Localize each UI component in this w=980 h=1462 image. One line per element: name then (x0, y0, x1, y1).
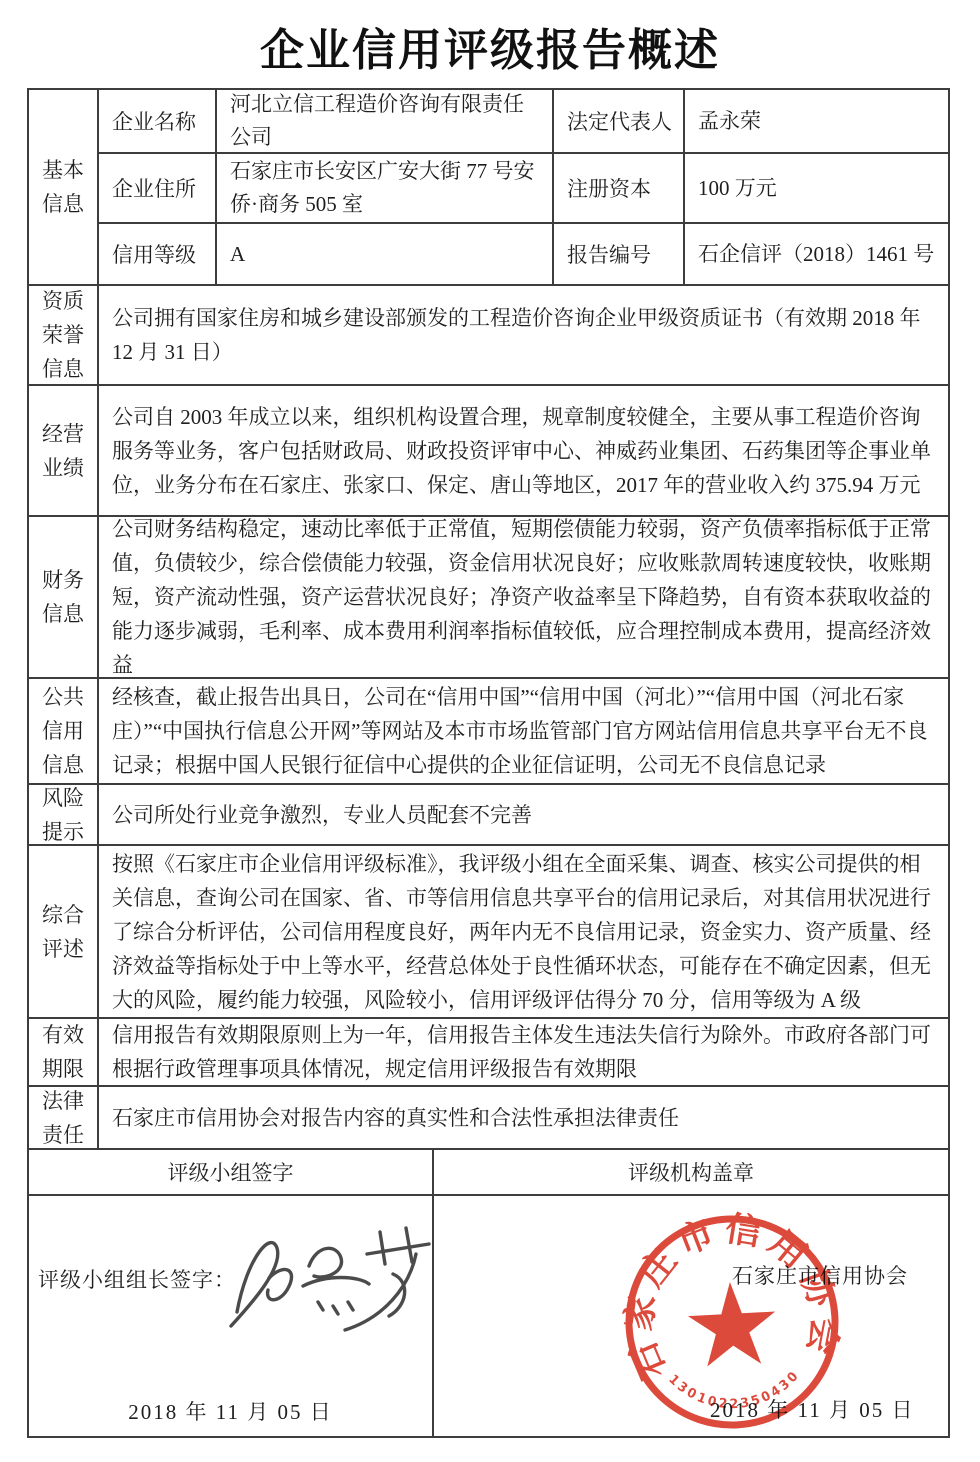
section-content: 公司财务结构稳定，速动比率低于正常值，短期偿债能力较弱，资产负债率指标低于正常值… (99, 517, 948, 677)
label-company-address: 企业住所 (99, 154, 217, 224)
section-label: 资质荣誉信息 (29, 286, 99, 384)
value-company-address: 石家庄市长安区广安大街 77 号安侨·商务 505 室 (217, 154, 554, 224)
signature-header-row: 评级小组签字 评级机构盖章 (29, 1150, 948, 1196)
agency-seal-cell: 石家庄市信用协会 2018 年 11 月 05 日 石家庄市信用协会 13010… (434, 1196, 948, 1436)
section-label-basic-info: 基本信息 (29, 90, 99, 284)
section-business-performance: 经营业绩 公司自 2003 年成立以来，组织机构设置合理，规章制度较健全，主要从… (29, 386, 948, 517)
label-registered-capital: 注册资本 (554, 154, 685, 224)
section-label: 有效期限 (29, 1019, 99, 1085)
section-public-credit-info: 公共信用信息 经核查，截止报告出具日，公司在“信用中国”“信用中国（河北）”“信… (29, 679, 948, 785)
section-content: 公司自 2003 年成立以来，组织机构设置合理，规章制度较健全，主要从事工程造价… (99, 386, 948, 515)
section-validity-period: 有效期限 信用报告有效期限原则上为一年，信用报告主体发生违法失信行为除外。市政府… (29, 1019, 948, 1087)
signature-body-row: 评级小组组长签字： (29, 1196, 948, 1436)
section-label: 公共信用信息 (29, 679, 99, 783)
section-content: 石家庄市信用协会对报告内容的真实性和合法性承担法律责任 (99, 1087, 948, 1148)
section-label: 风险提示 (29, 785, 99, 844)
label-company-name: 企业名称 (99, 90, 217, 154)
section-label: 综合评述 (29, 846, 99, 1017)
team-signature-date: 2018 年 11 月 05 日 (29, 1396, 432, 1426)
section-label: 经营业绩 (29, 386, 99, 515)
team-leader-signature-cell: 评级小组组长签字： (29, 1196, 434, 1436)
section-content: 按照《石家庄市企业信用评级标准》，我评级小组在全面采集、调查、核实公司提供的相关… (99, 846, 948, 1017)
label-legal-representative: 法定代表人 (554, 90, 685, 154)
value-registered-capital: 100 万元 (685, 154, 948, 224)
section-content: 公司拥有国家住房和城乡建设部颁发的工程造价咨询企业甲级资质证书（有效期 2018… (99, 286, 948, 384)
section-qualification-honor: 资质荣誉信息 公司拥有国家住房和城乡建设部颁发的工程造价咨询企业甲级资质证书（有… (29, 286, 948, 386)
stamp-ring-text: 石家庄市信用协会 (613, 1202, 848, 1385)
value-credit-grade: A (217, 224, 554, 284)
section-label: 财务信息 (29, 517, 99, 677)
rating-agency-seal-header: 评级机构盖章 (434, 1150, 948, 1194)
agency-name-text: 石家庄市信用协会 (732, 1260, 908, 1290)
team-leader-signature-label: 评级小组组长签字： (38, 1264, 236, 1294)
basic-info-section: 基本信息 企业名称 河北立信工程造价咨询有限责任公司 法定代表人 孟永荣 企业住… (29, 90, 948, 286)
section-content: 信用报告有效期限原则上为一年，信用报告主体发生违法失信行为除外。市政府各部门可根… (99, 1019, 948, 1085)
stamp-star-icon (686, 1280, 778, 1368)
value-company-name: 河北立信工程造价咨询有限责任公司 (217, 90, 554, 154)
section-legal-liability: 法律责任 石家庄市信用协会对报告内容的真实性和合法性承担法律责任 (29, 1087, 948, 1150)
svg-text:石家庄市信用协会: 石家庄市信用协会 (613, 1202, 848, 1385)
handwritten-signature (217, 1214, 442, 1364)
value-report-number: 石企信评（2018）1461 号 (685, 224, 948, 284)
label-report-number: 报告编号 (554, 224, 685, 284)
page-title: 企业信用评级报告概述 (0, 14, 980, 78)
label-credit-grade: 信用等级 (99, 224, 217, 284)
section-comprehensive-review: 综合评述 按照《石家庄市企业信用评级标准》，我评级小组在全面采集、调查、核实公司… (29, 846, 948, 1019)
section-risk-warning: 风险提示 公司所处行业竞争激烈，专业人员配套不完善 (29, 785, 948, 846)
section-content: 公司所处行业竞争激烈，专业人员配套不完善 (99, 785, 948, 844)
section-content: 经核查，截止报告出具日，公司在“信用中国”“信用中国（河北）”“信用中国（河北石… (99, 679, 948, 783)
rating-team-signature-header: 评级小组签字 (29, 1150, 434, 1194)
agency-seal-date: 2018 年 11 月 05 日 (710, 1394, 914, 1424)
report-table: 基本信息 企业名称 河北立信工程造价咨询有限责任公司 法定代表人 孟永荣 企业住… (27, 88, 950, 1438)
section-label: 法律责任 (29, 1087, 99, 1148)
document-page: 企业信用评级报告概述 基本信息 企业名称 河北立信工程造价咨询有限责任公司 法定… (0, 14, 980, 1438)
section-financial-info: 财务信息 公司财务结构稳定，速动比率低于正常值，短期偿债能力较弱，资产负债率指标… (29, 517, 948, 679)
value-legal-representative: 孟永荣 (685, 90, 948, 154)
